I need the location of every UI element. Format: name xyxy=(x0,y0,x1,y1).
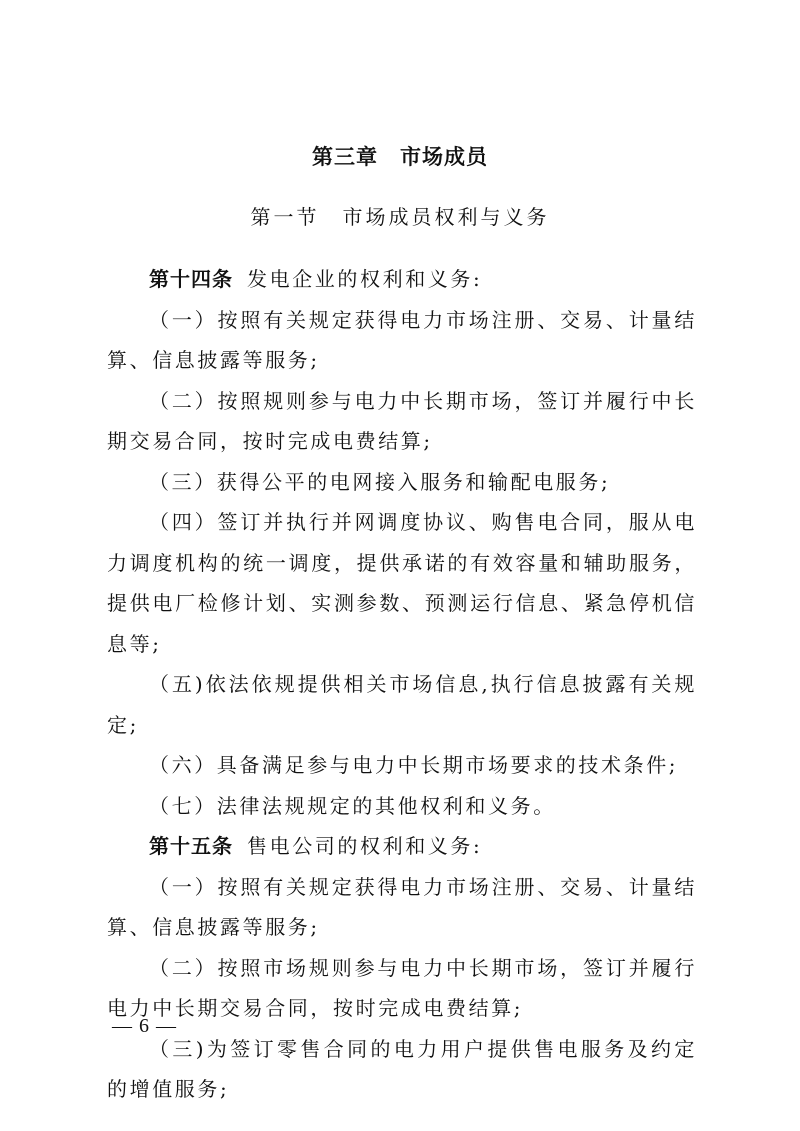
article-15-item-3: （三)为签订零售合同的电力用户提供售电服务及约定的增值服务; xyxy=(107,1029,697,1110)
page-number: — 6 — xyxy=(112,1015,177,1038)
article-heading: 售电公司的权利和义务: xyxy=(247,834,482,858)
article-14-item-5: （五)依法依规提供相关市场信息,执行信息披露有关规定; xyxy=(107,664,697,745)
article-14-item-7: （七）法律法规规定的其他权利和义务。 xyxy=(107,786,697,827)
article-15-item-2: （二）按照市场规则参与电力中长期市场，签订并履行电力中长期交易合同，按时完成电费… xyxy=(107,948,697,1029)
article-14-item-3: （三）获得公平的电网接入服务和输配电服务; xyxy=(107,462,697,503)
chapter-title: 第三章 市场成员 xyxy=(0,141,800,171)
article-15-heading: 第十五条售电公司的权利和义务: xyxy=(107,826,697,867)
article-14-item-1: （一）按照有关规定获得电力市场注册、交易、计量结算、信息披露等服务; xyxy=(107,300,697,381)
article-14-item-6: （六）具备满足参与电力中长期市场要求的技术条件; xyxy=(107,745,697,786)
article-15-item-1: （一）按照有关规定获得电力市场注册、交易、计量结算、信息披露等服务; xyxy=(107,867,697,948)
article-14-item-2: （二）按照规则参与电力中长期市场，签订并履行中长期交易合同，按时完成电费结算; xyxy=(107,381,697,462)
article-heading: 发电企业的权利和义务: xyxy=(247,267,482,291)
article-14-heading: 第十四条发电企业的权利和义务: xyxy=(107,259,697,300)
section-title: 第一节 市场成员权利与义务 xyxy=(0,201,800,230)
article-14-item-4: （四）签订并执行并网调度协议、购售电合同，服从电力调度机构的统一调度，提供承诺的… xyxy=(107,502,697,664)
article-label: 第十五条 xyxy=(149,834,233,858)
article-label: 第十四条 xyxy=(149,267,233,291)
document-page: 第三章 市场成员 第一节 市场成员权利与义务 第十四条发电企业的权利和义务: （… xyxy=(0,0,800,1131)
document-body: 第十四条发电企业的权利和义务: （一）按照有关规定获得电力市场注册、交易、计量结… xyxy=(107,259,697,1110)
